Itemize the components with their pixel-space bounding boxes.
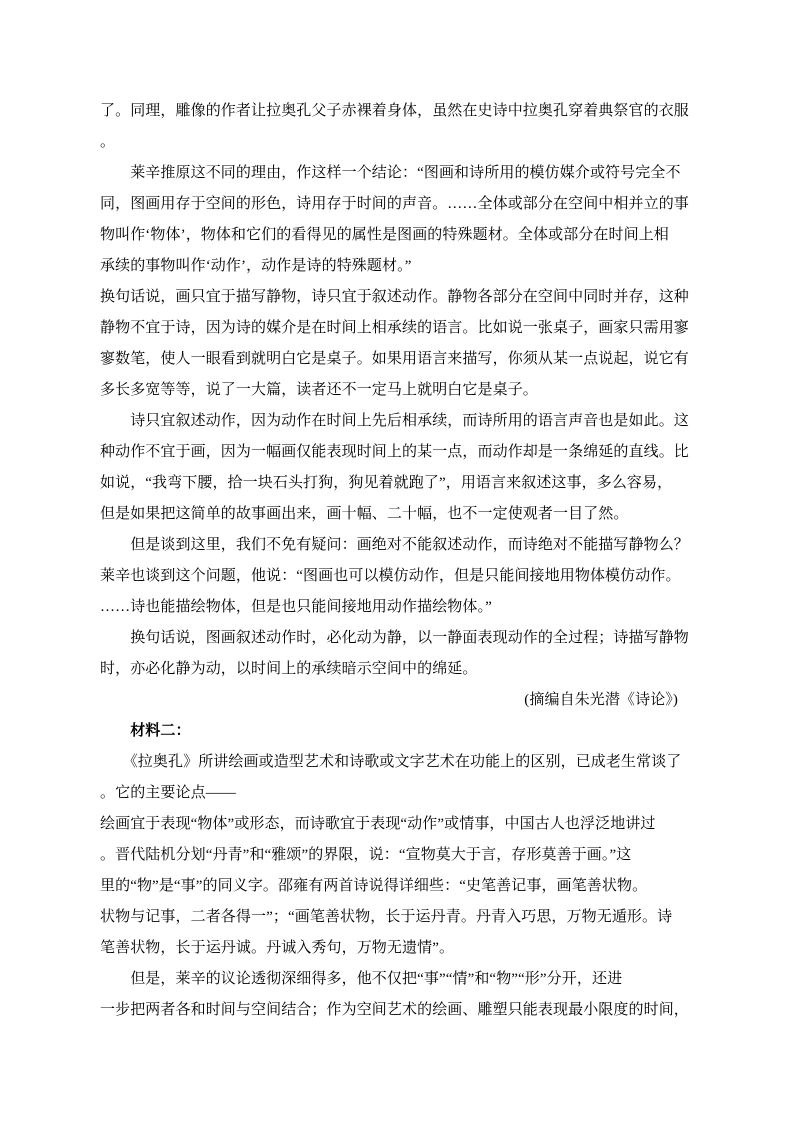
text-line: (摘编自朱光潜《诗论》): [100, 685, 690, 716]
text-line: 笔善状物，长于运丹诚。丹诚入秀句，万物无遗情”。: [100, 933, 690, 964]
text-line: 种动作不宜于画，因为一幅画仅能表现时间上的某一点，而动作却是一条绵延的直线。比: [100, 437, 690, 468]
text-line: 莱辛也谈到这个问题，他说：“图画也可以模仿动作，但是只能间接地用物体模仿动作。: [100, 561, 690, 592]
text-line: 但是谈到这里，我们不免有疑问：画绝对不能叙述动作，而诗绝对不能描写静物么？: [100, 530, 690, 561]
text-line: 材料二：: [100, 716, 690, 747]
text-line: 寥数笔，使人一眼看到就明白它是桌子。如果用语言来描写，你须从某一点说起，说它有: [100, 344, 690, 375]
document-page: 了。同理，雕像的作者让拉奥孔父子赤裸着身体，虽然在史诗中拉奥孔穿着典祭官的衣服。…: [0, 0, 794, 1123]
material-2-heading: 材料二：: [100, 716, 690, 747]
text-line: 换句话说，画只宜于描写静物，诗只宜于叙述动作。静物各部分在空间中同时并存，这种: [100, 282, 690, 313]
text-line: 一步把两者各和时间与空间结合；作为空间艺术的绘画、雕塑只能表现最小限度的时间，: [100, 995, 690, 1026]
text-line: 时，亦必化静为动，以时间上的承续暗示空间中的绵延。: [100, 654, 690, 685]
paragraph-laokong-intro: 《拉奥孔》所讲绘画或造型艺术和诗歌或文字艺术在功能上的区别，已成老生常谈了。它的…: [100, 747, 690, 809]
text-line: ……诗也能描绘物体，但是也只能间接地用动作描绘物体。”: [100, 592, 690, 623]
text-line: 静物不宜于诗，因为诗的媒介是在时间上相承续的语言。比如说一张桌子，画家只需用寥: [100, 313, 690, 344]
attribution-material-1: (摘编自朱光潜《诗论》): [100, 685, 690, 716]
paragraph-chinese-ancients: 绘画宜于表现“物体”或形态，而诗歌宜于表现“动作”或情事，中国古人也浮泛地讲过。…: [100, 809, 690, 964]
paragraph-question: 但是谈到这里，我们不免有疑问：画绝对不能叙述动作，而诗绝对不能描写静物么？莱辛也…: [100, 530, 690, 623]
text-line: 承续的事物叫作‘动作’，动作是诗的特殊题材。”: [100, 251, 690, 282]
text-line: 状物与记事，二者各得一”；“画笔善状物，长于运丹青。丹青入巧思，万物无遁形。诗: [100, 902, 690, 933]
paragraph-continuation: 了。同理，雕像的作者让拉奥孔父子赤裸着身体，虽然在史诗中拉奥孔穿着典祭官的衣服。: [100, 96, 690, 158]
paragraph-poetry-action: 诗只宜叙述动作，因为动作在时间上先后相承续，而诗所用的语言声音也是如此。这种动作…: [100, 406, 690, 530]
text-line: 。它的主要论点——: [100, 778, 690, 809]
text-line: 但是，莱辛的议论透彻深细得多，他不仅把“事”“情”和“物”“形”分开，还进: [100, 964, 690, 995]
text-line: 莱辛推原这不同的理由，作这样一个结论：“图画和诗所用的模仿媒介或符号完全不: [100, 158, 690, 189]
paragraph-laixin-deeper: 但是，莱辛的议论透彻深细得多，他不仅把“事”“情”和“物”“形”分开，还进一步把…: [100, 964, 690, 1026]
text-line: 但是如果把这简单的故事画出来，画十幅、二十幅，也不一定使观者一目了然。: [100, 499, 690, 530]
text-line: 同，图画用存于空间的形色，诗用存于时间的声音。……全体或部分在空间中相并立的事: [100, 189, 690, 220]
text-line: 绘画宜于表现“物体”或形态，而诗歌宜于表现“动作”或情事，中国古人也浮泛地讲过: [100, 809, 690, 840]
document-body: 了。同理，雕像的作者让拉奥孔父子赤裸着身体，虽然在史诗中拉奥孔穿着典祭官的衣服。…: [100, 96, 690, 1026]
paragraph-laixin-conclusion: 莱辛推原这不同的理由，作这样一个结论：“图画和诗所用的模仿媒介或符号完全不同，图…: [100, 158, 690, 282]
text-line: 物叫作‘物体’，物体和它们的看得见的属性是图画的特殊题材。全体或部分在时间上相: [100, 220, 690, 251]
text-line: 换句话说，图画叙述动作时，必化动为静，以一静面表现动作的全过程；诗描写静物: [100, 623, 690, 654]
text-line: 诗只宜叙述动作，因为动作在时间上先后相承续，而诗所用的语言声音也是如此。这: [100, 406, 690, 437]
text-line: 。: [100, 127, 690, 158]
text-line: 《拉奥孔》所讲绘画或造型艺术和诗歌或文字艺术在功能上的区别，已成老生常谈了: [100, 747, 690, 778]
paragraph-summary: 换句话说，图画叙述动作时，必化动为静，以一静面表现动作的全过程；诗描写静物时，亦…: [100, 623, 690, 685]
paragraph-huaju-still-life: 换句话说，画只宜于描写静物，诗只宜于叙述动作。静物各部分在空间中同时并存，这种静…: [100, 282, 690, 406]
text-line: 里的“物”是“事”的同义字。邵雍有两首诗说得详细些：“史笔善记事，画笔善状物。: [100, 871, 690, 902]
text-line: 多长多宽等等，说了一大篇，读者还不一定马上就明白它是桌子。: [100, 375, 690, 406]
text-line: 如说，“我弯下腰，拾一块石头打狗，狗见着就跑了”，用语言来叙述这事，多么容易，: [100, 468, 690, 499]
text-line: 。晋代陆机分划“丹青”和“雅颂”的界限，说：“宣物莫大于言，存形莫善于画。”这: [100, 840, 690, 871]
text-line: 了。同理，雕像的作者让拉奥孔父子赤裸着身体，虽然在史诗中拉奥孔穿着典祭官的衣服: [100, 96, 690, 127]
